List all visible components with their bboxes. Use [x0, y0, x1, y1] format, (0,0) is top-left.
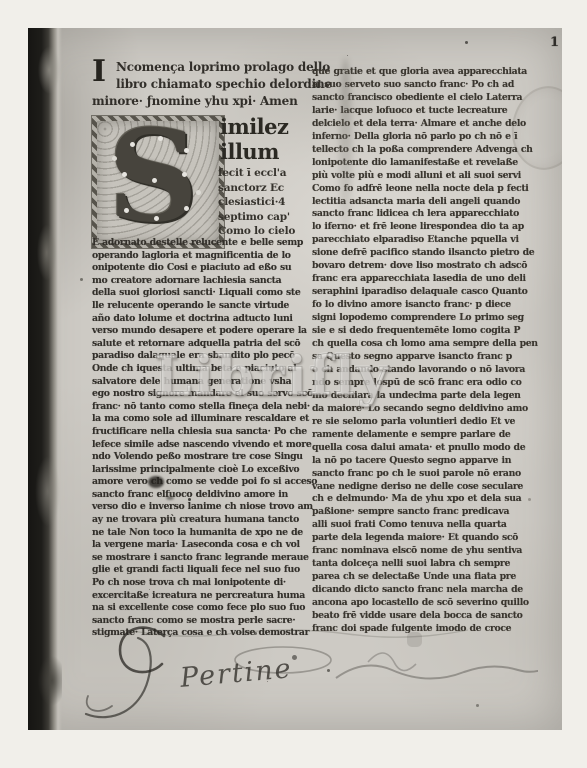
- text-line: paßione· sempre sancto franc predicava: [312, 506, 544, 519]
- illuminated-initial-s: S: [92, 116, 224, 248]
- watermark: Librifly: [154, 344, 390, 408]
- text-line: operando lagloria et magnificentia de lo: [92, 250, 310, 263]
- text-line: fecit ī eccl'a: [218, 166, 295, 181]
- incipit-small-text: fecit ī eccl'asanctorz Ecclesiastici·4se…: [218, 166, 295, 239]
- text-line: año dato lolume et doctrina adtucto luni: [92, 313, 310, 326]
- text-line: na si excellente cose como fece plo suo …: [92, 602, 310, 615]
- text-line: sancto franc po ch le suoi parole nō era…: [312, 468, 544, 481]
- manuscript-photo: 1 I Ncomença loprimo prolago dello libro…: [28, 28, 562, 730]
- text-line: ramente delamente e sempre parlare de: [312, 429, 544, 442]
- left-text-column: E adornato destelle relucente e belle se…: [92, 237, 310, 640]
- text-line: seraphini iparadiso delaquale casco Quan…: [312, 286, 544, 299]
- text-line: excercitaße icreatura ne percreatura hum…: [92, 590, 310, 603]
- text-line: sancto franc elfuoco deldivino amore in: [92, 489, 310, 502]
- text-line: tanta dolceça nelli suoi labra ch sempre: [312, 558, 544, 571]
- folio-number: 1: [550, 35, 562, 50]
- text-line: ne tale Non toco la humanita de xpo ne d…: [92, 527, 310, 540]
- text-line: re sie selomo parla voluntieri dedio Et …: [312, 416, 544, 429]
- text-line: alli suoi frati Como tenuva nella quarta: [312, 519, 544, 532]
- text-line: verso mundo desapere et podere operare l…: [92, 325, 310, 338]
- book-gutter-shadow: [28, 28, 62, 730]
- text-line: se mostrare i sancto franc legrande mera…: [92, 552, 310, 565]
- text-line: la vergene maria· Laseconda cosa e ch vo…: [92, 539, 310, 552]
- heading-line: libro chiamato spechio delordine: [92, 76, 322, 93]
- text-line: E adornato destelle relucente e belle se…: [92, 237, 310, 250]
- heading-line: Ncomença loprimo prolago dello: [92, 59, 322, 76]
- text-line: dicando dicto sancto franc nela marcha d…: [312, 584, 544, 597]
- text-line: ay ne trovara più creatura humana tancto: [92, 514, 310, 527]
- text-line: lle relucente operando le sancte virtude: [92, 300, 310, 313]
- text-line: signi lopodemo comprendere Lo primo seg: [312, 312, 544, 325]
- text-line: mo creatore adornare lachiesia sancta: [92, 275, 310, 288]
- text-line: fructificare nella chiesia sua sancta· P…: [92, 426, 310, 439]
- text-line: imilez: [220, 114, 288, 139]
- incipit-display-text: imilezillum: [220, 114, 288, 164]
- text-line: parea ch se delectaße Unde una fiata pre: [312, 571, 544, 584]
- text-line: larissime principalmente cioè Lo exceßiv…: [92, 464, 310, 477]
- text-line: franc era apparecchiata lasedia de uno d…: [312, 273, 544, 286]
- ink-blot: [148, 476, 164, 488]
- text-line: lefece simile adse nascendo vivendo et m…: [92, 439, 310, 452]
- text-line: della suoi gloriosi sancti· Liquali como…: [92, 287, 310, 300]
- text-line: sanctorz Ec: [218, 181, 295, 196]
- text-line: fo lo divino amore isancto franc· p diec…: [312, 299, 544, 312]
- text-line: la ma como sole ad illuminare rescaldare…: [92, 413, 310, 426]
- text-line: sione defrē pacifico stando ilsancto pie…: [312, 247, 544, 260]
- text-line: glie et grandi facti liquali fece nel su…: [92, 564, 310, 577]
- text-line: franc nominava elscō nome de yhu sentiva: [312, 545, 544, 558]
- text-line: ancona apo locastello de scō severino qu…: [312, 597, 544, 610]
- text-line: septimo cap': [218, 210, 295, 225]
- text-line: quella cosa dalui amata· et pnullo modo …: [312, 442, 544, 455]
- gutter-smudge-stain: [339, 58, 352, 243]
- text-line: ndo Volendo peßo mostrare tre cose Singu: [92, 451, 310, 464]
- pen-initial-i: I: [92, 57, 106, 87]
- initial-letter-s: S: [97, 117, 209, 235]
- text-line: ch e delmundo· Ma de yhu xpo et dela sua: [312, 493, 544, 506]
- text-line: la nō po tacere Questo segno apparve in: [312, 455, 544, 468]
- ink-specks: [28, 28, 31, 31]
- text-line: sie e si dedo frequentemēte lomo cogita …: [312, 325, 544, 338]
- text-line: vane nedigne deriso ne delle cose secula…: [312, 481, 544, 494]
- knotwork-dots: [97, 121, 100, 124]
- text-line: bovaro detrem· dove liso mostrato ch ads…: [312, 260, 544, 273]
- text-line: verso dio e inverso lanime ch niose trov…: [92, 501, 310, 514]
- text-line: parte dela legenda maiore· Et quando scō: [312, 532, 544, 545]
- inscription-flourish: [68, 620, 538, 730]
- text-line: amore vero ch como se vedde poi fo si ac…: [92, 476, 310, 489]
- text-line: onipotente dio Cosi e piaciuto ad eßo su: [92, 262, 310, 275]
- text-line: clesiastici·4: [218, 195, 295, 210]
- text-line: Po ch nose trova ch mai lonipotente di·: [92, 577, 310, 590]
- text-line: illum: [220, 139, 288, 164]
- photo-print: 1 I Ncomença loprimo prolago dello libro…: [0, 0, 587, 768]
